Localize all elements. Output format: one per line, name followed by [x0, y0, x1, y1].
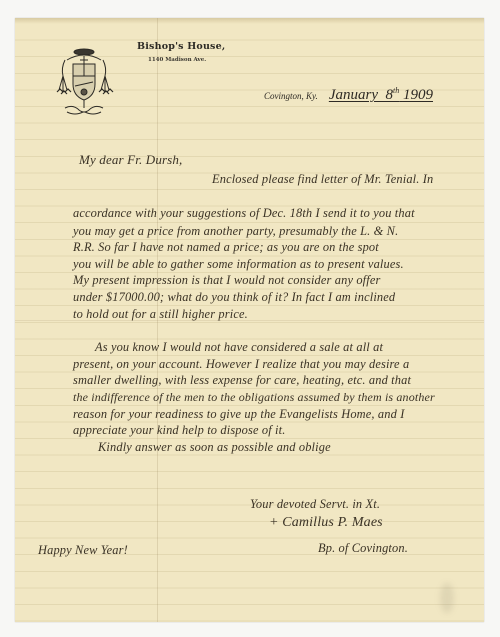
letterhead-address: 1140 Madison Ave.	[148, 57, 206, 63]
date-month: January	[329, 87, 378, 103]
body-line: under $17000.00; what do you think of it…	[73, 290, 395, 305]
signer-title: Bp. of Covington.	[318, 541, 408, 556]
body-line: you may get a price from another party, …	[73, 224, 398, 239]
body-line: R.R. So far I have not named a price; as…	[73, 240, 379, 255]
body-line: present, on your account. However I real…	[73, 357, 409, 372]
signature: + Camillus P. Maes	[269, 515, 383, 531]
letterhead-title: Bishop's House,	[137, 41, 225, 52]
body-line: accordance with your suggestions of Dec.…	[73, 206, 415, 221]
body-line: Kindly answer as soon as possible and ob…	[98, 440, 331, 455]
coat-of-arms-icon	[53, 46, 115, 120]
body-line: reason for your readiness to give up the…	[73, 407, 404, 422]
paper-stain	[440, 583, 454, 613]
body-line: you will be able to gather some informat…	[73, 257, 404, 272]
date-day-suffix: th	[393, 86, 399, 95]
body-line: smaller dwelling, with less expense for …	[73, 373, 411, 388]
complimentary-close: Your devoted Servt. in Xt.	[250, 497, 380, 512]
body-line: to hold out for a still higher price.	[73, 307, 248, 322]
body-line: My present impression is that I would no…	[73, 273, 381, 288]
postscript: Happy New Year!	[38, 543, 128, 558]
letter-page: Bishop's House, 1140 Madison Ave. Coving…	[15, 18, 484, 622]
body-line: As you know I would not have considered …	[95, 340, 383, 355]
dateline-place: Covington, Ky.	[264, 91, 318, 101]
body-line: the indifference of the men to the oblig…	[73, 390, 435, 405]
dateline-date: January 8th 1909	[329, 87, 433, 103]
body-line: Enclosed please find letter of Mr. Tenia…	[212, 172, 433, 187]
dateline: Covington, Ky. January 8th 1909	[264, 84, 433, 104]
body-line: appreciate your kind help to dispose of …	[73, 423, 285, 438]
date-year: 1909	[403, 87, 433, 103]
date-day: 8	[386, 87, 394, 103]
salutation: My dear Fr. Dursh,	[79, 152, 182, 168]
